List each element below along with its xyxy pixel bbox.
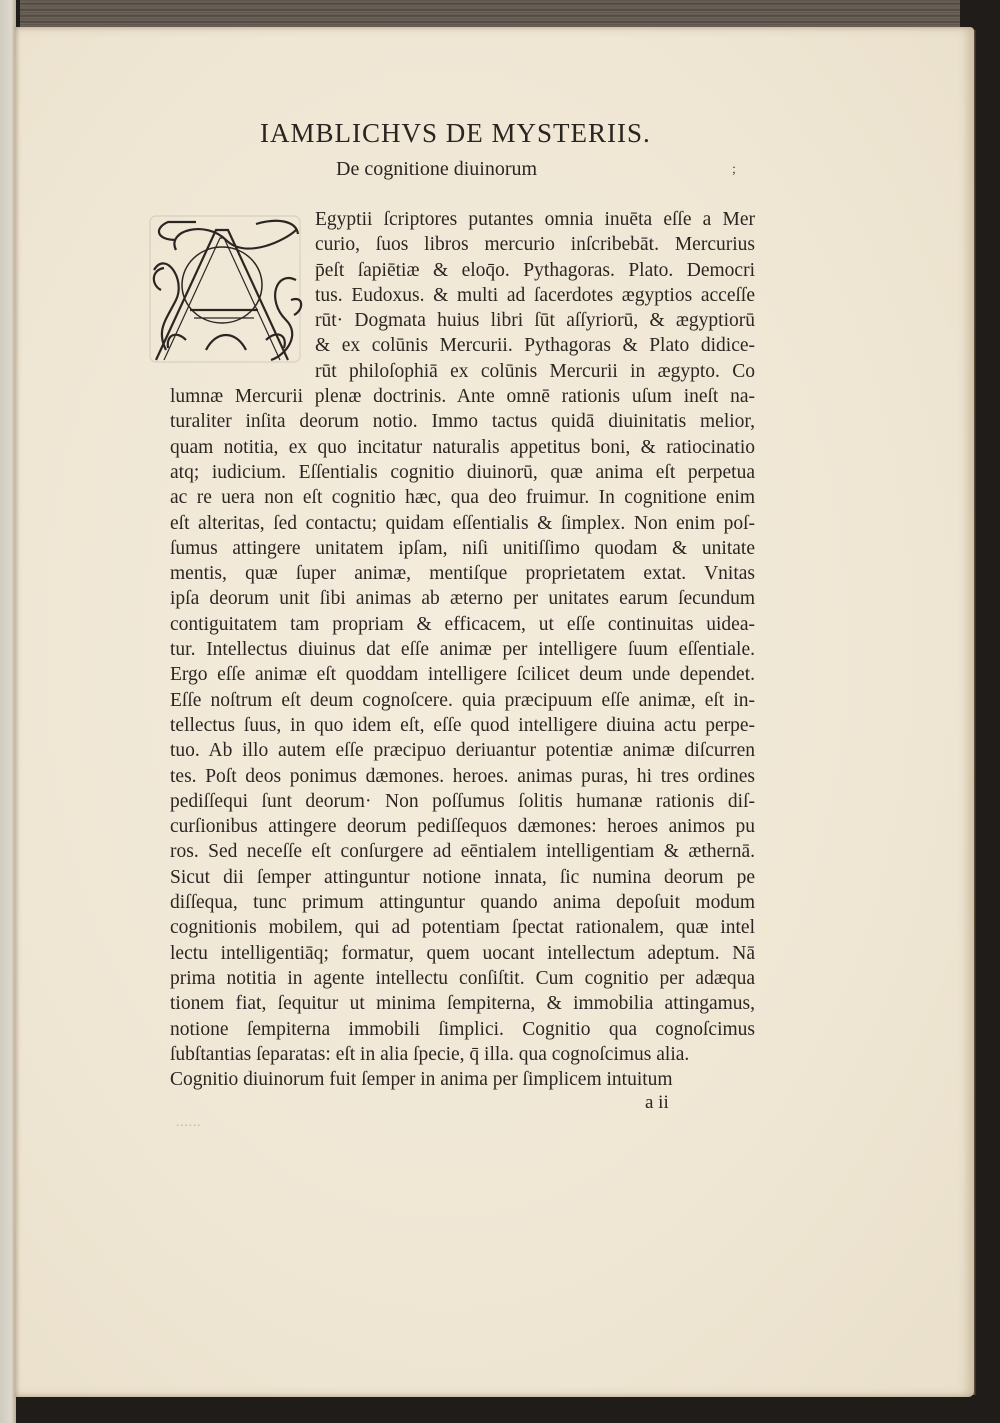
text-line: p̄eſt ſapiētiæ & eloq̄o. Pythagoras. Pla… (315, 258, 755, 283)
text-line: turaliter inſita deorum notio. Immo tact… (170, 409, 755, 434)
text-line: atq; iudicium. Eſſentialis cognitio diui… (170, 460, 755, 485)
text-line: Eſſe noſtrum eſt deum cognoſcere. quia p… (170, 688, 755, 713)
text-line: rūt· Dogmata huius libri ſūt aſſyriorū, … (315, 308, 755, 333)
signature-catchword: a ii (645, 1092, 669, 1114)
text-line: lectu intelligentiāq; formatur, quem uoc… (170, 941, 755, 966)
text-line: Sicut dii ſemper attinguntur notione inn… (170, 865, 755, 890)
text-line: tes. Poſt deos ponimus dæmones. heroes. … (170, 764, 755, 789)
text-line: ſumus attingere unitatem ipſam, niſi uni… (170, 536, 755, 561)
section-title: De cognitione diuinorum (336, 158, 537, 181)
text-line: ipſa deorum unit ſibi animas ab æterno p… (170, 586, 755, 611)
book-page-edges (20, 0, 960, 30)
text-line: tur. Intellectus diuinus dat eſſe animæ … (170, 637, 755, 662)
body-text: Egyptii ſcriptores putantes omnia inuēta… (170, 207, 755, 1092)
text-line: lumnæ Mercurii plenæ doctrinis. Ante omn… (170, 384, 755, 409)
text-line: Ergo eſſe animæ eſt quoddam intelligere … (170, 662, 755, 687)
faint-offset-mark: ...... (176, 1114, 202, 1130)
text-line: prima notitia in agente intellectu conſi… (170, 966, 755, 991)
text-line: notione ſempiterna immobili ſimplici. Co… (170, 1017, 755, 1042)
text-line: quam notitia, ex quo incitatur naturalis… (170, 435, 755, 460)
text-line: mentis, quæ ſuper animæ, mentiſque propr… (170, 561, 755, 586)
text-line: pediſſequi ſunt deorum· Non poſſumus ſol… (170, 789, 755, 814)
text-line: Cognitio diuinorum fuit ſemper in anima … (170, 1067, 755, 1092)
text-line: tionem fiat, ſequitur ut minima ſempiter… (170, 991, 755, 1016)
text-line: contiguitatem tam propriam & efficacem, … (170, 612, 755, 637)
text-line: & ex colūnis Mercurii. Pythagoras & Plat… (315, 333, 755, 358)
text-line: curio, ſuos libros mercurio inſcribebāt.… (315, 232, 755, 257)
text-line: cognitionis mobilem, qui ad potentiam ſp… (170, 915, 755, 940)
text-line: ſubſtantias ſeparatas: eſt in alia ſpeci… (170, 1042, 755, 1067)
text-line: rūt philoſophiā ex colūnis Mercurii in æ… (315, 359, 755, 384)
text-line: ac re uera non eſt cognitio hæc, qua deo… (170, 485, 755, 510)
text-line: eſt alteritas, ſed contactu; quidam eſſe… (170, 511, 755, 536)
margin-mark: ; (732, 162, 736, 178)
text-line: curſionibus attingere deorum pediſſequos… (170, 814, 755, 839)
text-line: Egyptii ſcriptores putantes omnia inuēta… (315, 207, 755, 232)
text-line: ros. Sed neceſſe eſt conſurgere ad eēnti… (170, 839, 755, 864)
text-line: diſſequa, tunc primum attinguntur quando… (170, 890, 755, 915)
text-line: tus. Eudoxus. & multi ad ſacerdotes ægyp… (315, 283, 755, 308)
text-line: tellectus ſuus, in quo idem eſt, eſſe qu… (170, 713, 755, 738)
text-line: tuo. Ab illo autem eſſe præcipuo deriuan… (170, 738, 755, 763)
running-head: IAMBLICHVS DE MYSTERIIS. (260, 118, 660, 149)
